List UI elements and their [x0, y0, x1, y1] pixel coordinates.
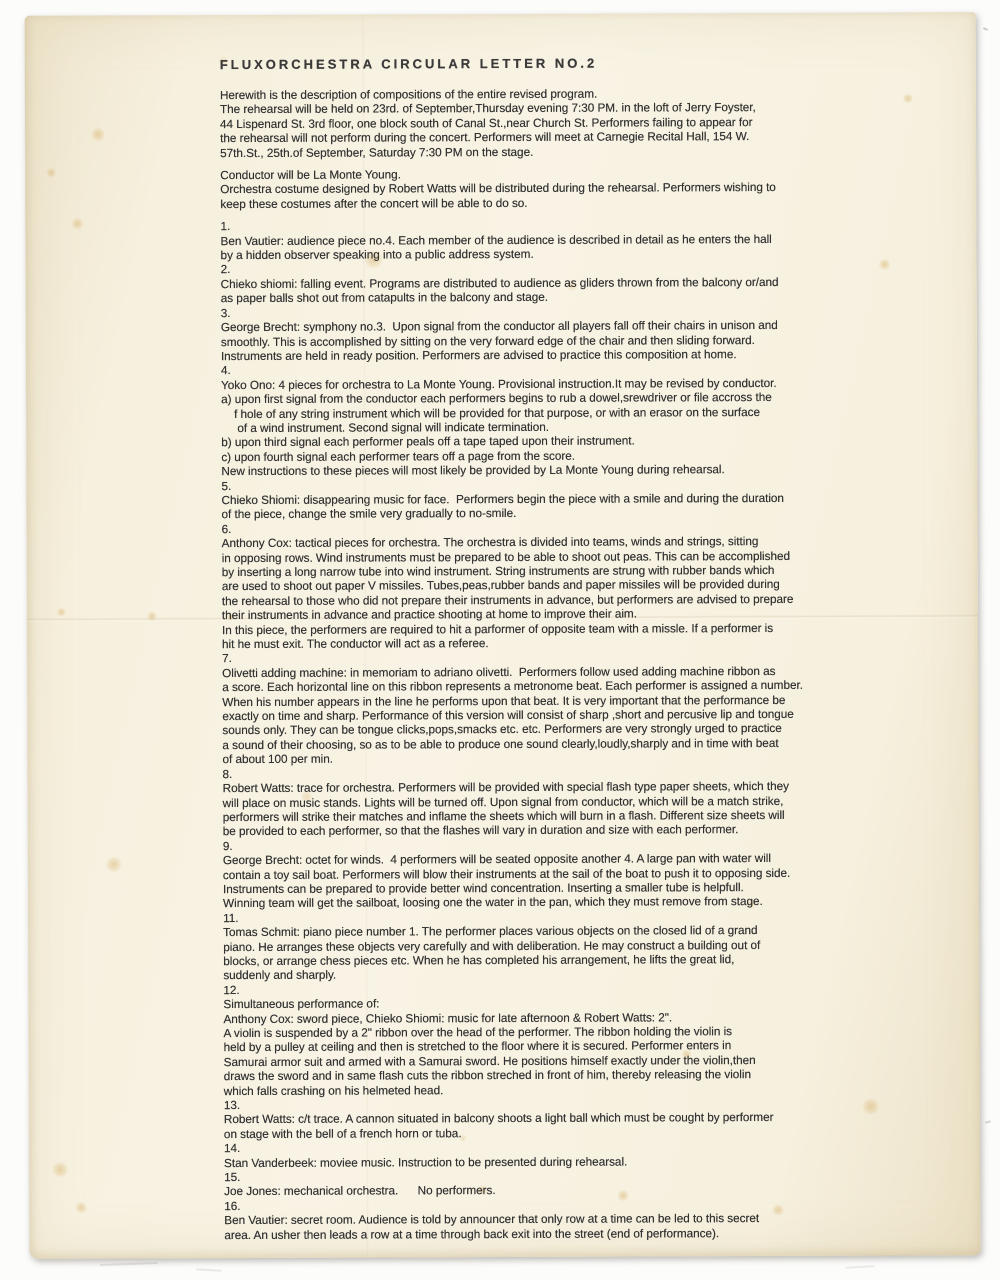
stain-spot — [71, 218, 83, 230]
page-title: FLUXORCHESTRA CIRCULAR LETTER NO.2 — [220, 54, 920, 72]
letter-page: FLUXORCHESTRA CIRCULAR LETTER NO.2 Herew… — [25, 12, 981, 1259]
program-item-3: 3.George Brecht: symphony no.3. Upon sig… — [221, 303, 921, 363]
program-item-9: 9.George Brecht: octet for winds. 4 perf… — [223, 836, 923, 911]
program-item-2: 2.Chieko shiomi: falling event. Programs… — [221, 260, 921, 306]
scanner-speck — [100, 1262, 158, 1266]
paragraph: Conductor will be La Monte Young.Orchest… — [220, 165, 920, 211]
stain-spot — [52, 1162, 68, 1178]
program-item-12: 12.Simultaneous performance of:Anthony C… — [223, 980, 923, 1098]
program-item-1: 1.Ben Vautier: audience piece no.4. Each… — [220, 217, 920, 263]
text-line: 57th.St., 25th.of September, Saturday 7:… — [220, 143, 920, 160]
scan-background: FLUXORCHESTRA CIRCULAR LETTER NO.2 Herew… — [0, 0, 1000, 1280]
paper-stains — [25, 12, 976, 16]
stain-spot — [57, 608, 66, 617]
scanner-speck — [985, 1120, 991, 1123]
stain-spot — [75, 1202, 87, 1214]
program-item-16: 16.Ben Vautier: secret room. Audience is… — [224, 1196, 924, 1242]
program-item-4: 4.Yoko Ono: 4 pieces for orchestra to La… — [221, 361, 921, 479]
program-item-14: 14.Stan Vanderbeek: moviee music. Instru… — [224, 1139, 924, 1171]
scanner-speck — [983, 27, 988, 31]
program-item-8: 8.Robert Watts: trace for orchestra. Per… — [223, 764, 923, 839]
paragraph: Herewith is the description of compositi… — [220, 85, 920, 160]
program-item-15: 15.Joe Jones: mechanical orchestra. No p… — [224, 1167, 924, 1199]
text-line: keep these costumes after the concert wi… — [220, 194, 920, 211]
letter-body: Herewith is the description of compositi… — [220, 85, 924, 1242]
program-item-7: 7.Olivetti adding machine: in memoriam t… — [222, 649, 922, 767]
text-line: area. An usher then leads a row at a tim… — [224, 1225, 924, 1242]
stain-spot — [91, 128, 105, 142]
scanner-speck — [196, 1268, 222, 1271]
scanner-speck — [845, 1265, 875, 1269]
program-item-11: 11.Tomas Schmit: piano piece number 1. T… — [223, 908, 923, 983]
program-item-13: 13.Robert Watts: c/t trace. A cannon sit… — [224, 1095, 924, 1141]
program-item-6: 6.Anthony Cox: tactical pieces for orche… — [222, 519, 922, 651]
stain-spot — [46, 168, 56, 178]
stain-spot — [106, 856, 122, 872]
letter-content: FLUXORCHESTRA CIRCULAR LETTER NO.2 Herew… — [220, 54, 925, 1242]
program-item-5: 5.Chieko Shiomi: disappearing music for … — [221, 476, 921, 522]
